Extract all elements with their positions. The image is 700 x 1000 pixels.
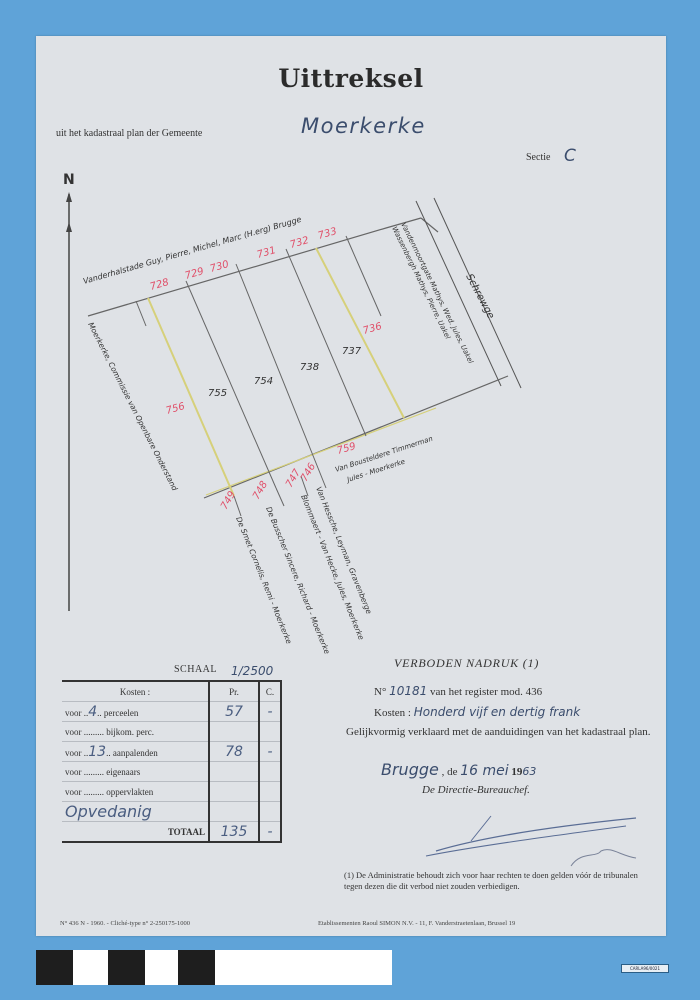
signatory: De Directie-Bureauchef. — [422, 784, 530, 796]
svg-text:728: 728 — [149, 277, 170, 293]
archive-tag: CARLA96/0021 — [621, 964, 669, 973]
color-calibration-bar — [36, 950, 392, 985]
svg-text:748: 748 — [251, 479, 270, 501]
total-c: - — [259, 822, 281, 843]
svg-text:756: 756 — [165, 401, 186, 417]
verboden-nadruk-heading: VERBODEN NADRUK (1) — [394, 656, 539, 671]
kosten-line: Kosten : Honderd vijf en dertig frank — [374, 705, 580, 719]
costs-header-label: Kosten : — [62, 681, 209, 702]
svg-text:Wassenbergh Mathys, Pierre, Ua: Wassenbergh Mathys, Pierre, Uakel — [390, 225, 452, 340]
place-date-line: Brugge , de 16 mei 1963 — [381, 760, 536, 779]
costs-header-pr: Pr. — [209, 681, 259, 702]
svg-text:737: 737 — [342, 346, 362, 357]
date-day-month: 16 mei — [460, 763, 508, 779]
svg-text:746: 746 — [299, 461, 318, 483]
svg-text:732: 732 — [289, 235, 310, 251]
costs-table: Kosten : Pr. C. voor ..4.. perceelen 57 … — [62, 680, 282, 843]
svg-text:731: 731 — [256, 245, 277, 261]
north-arrow-icon — [66, 192, 72, 611]
imprint-left: N° 436 N - 1960. - Cliché-type n° 2-2501… — [60, 920, 190, 927]
svg-text:729: 729 — [184, 266, 205, 282]
scale-label: SCHAAL — [174, 664, 217, 675]
cadastral-extract-document: Uittreksel uit het kadastraal plan der G… — [36, 36, 666, 936]
scale-value: 1/2500 — [231, 664, 273, 678]
owner-labels: Vanderhalstade Guy, Pierre, Michel, Marc… — [82, 215, 496, 656]
costs-row: voor ..13.. aanpalenden 78 - — [62, 742, 281, 762]
imprint-right: Etablissementen Raoul SIMON N.V. - 11, F… — [318, 920, 515, 927]
svg-text:754: 754 — [254, 376, 273, 387]
footnote: (1) De Administratie behoudt zich voor h… — [344, 870, 654, 892]
costs-row: voor ..4.. perceelen 57 - — [62, 702, 281, 722]
total-pr: 135 — [209, 822, 259, 843]
register-number: 10181 — [389, 684, 427, 698]
costs-row: voor ......... eigenaars — [62, 762, 281, 782]
handwritten-note: Opvedanig — [62, 802, 209, 822]
svg-text:Schrewge: Schrewge — [463, 272, 496, 321]
total-label: TOTAAL — [62, 822, 209, 843]
svg-text:Vandenmoortgate Mathys, Wed. J: Vandenmoortgate Mathys, Wed. Jules, Uake… — [399, 221, 474, 365]
svg-text:736: 736 — [362, 321, 383, 337]
svg-text:733: 733 — [317, 226, 338, 242]
svg-text:730: 730 — [209, 259, 230, 275]
conformity-statement: Gelijkvormig verklaard met de aanduiding… — [346, 726, 652, 739]
svg-text:755: 755 — [208, 388, 227, 399]
place: Brugge — [381, 760, 439, 779]
costs-header-c: C. — [259, 681, 281, 702]
costs-row: voor ......... bijkom. perc. — [62, 722, 281, 742]
costs-row: voor ......... oppervlakten — [62, 782, 281, 802]
kosten-value: Honderd vijf en dertig frank — [414, 705, 580, 719]
register-line: N° 10181 van het register mod. 436 — [374, 684, 542, 698]
svg-text:738: 738 — [300, 362, 319, 373]
